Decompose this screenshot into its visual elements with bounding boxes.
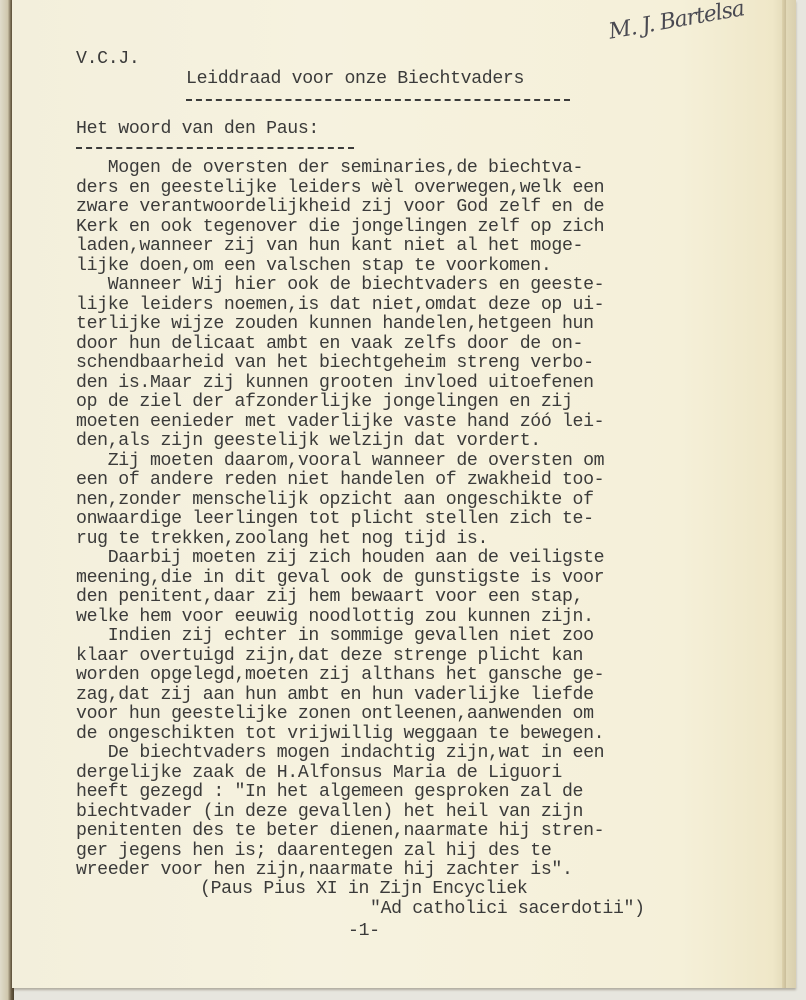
heading-underline [76,147,354,149]
page-number: -1- [348,922,380,941]
body-line: De biechtvaders mogen indachtig zijn,wat… [76,744,604,763]
body-line: terlijke wijze zouden kunnen handelen,he… [76,315,594,334]
body-line: lijke leiders noemen,is dat niet,omdat d… [76,296,604,315]
body-line: biechtvader (in deze gevallen) het heil … [76,803,583,822]
body-line: penitenten des te beter dienen,naarmate … [76,822,604,841]
body-line: zware verantwoordelijkheid zij voor God … [76,198,604,217]
body-line: worden opgelegd,moeten zij althans het g… [76,666,604,685]
body-line: welke hem voor eeuwig noodlottig zou kun… [76,608,594,627]
body-line: den is.Maar zij kunnen grooten invloed u… [76,374,594,393]
body-line: moeten eenieder met vaderlijke vaste han… [76,413,604,432]
handwritten-signature: M. J. Bartelsa [607,0,746,45]
body-line: Mogen de oversten der seminaries,de biec… [76,159,583,178]
body-line: nen,zonder menschelijk opzicht aan onges… [76,491,594,510]
scanned-page: M. J. Bartelsa V.C.J. Leiddraad voor onz… [0,0,806,1000]
body-line: rug te trekken,zoolang het nog tijd is. [76,530,488,549]
section-heading: Het woord van den Paus: [76,120,319,139]
citation-line-1: (Paus Pius XI in Zijn Encycliek [200,880,528,899]
body-line: Kerk en ook tegenover die jongelingen ze… [76,218,604,237]
title-underline [186,99,570,101]
body-line: lijke doen,om een valschen stap te voork… [76,257,551,276]
body-line: op de ziel der afzonderlijke jongelingen… [76,393,573,412]
document-title: Leiddraad voor onze Biechtvaders [186,70,524,89]
body-line: wreeder voor hen zijn,naarmate hij zacht… [76,861,573,880]
body-line: den penitent,daar zij hem bewaart voor e… [76,588,583,607]
body-line: Wanneer Wij hier ook de biechtvaders en … [76,276,604,295]
paper-sheet: M. J. Bartelsa V.C.J. Leiddraad voor onz… [12,0,796,988]
body-line: ger jegens hen is; daarentegen zal hij d… [76,842,551,861]
body-line: een of andere reden niet handelen of zwa… [76,471,604,490]
body-line: voor hun geestelijke zonen ontleenen,aan… [76,705,594,724]
body-line: zag,dat zij aan hun ambt en hun vaderlij… [76,686,594,705]
citation-line-2: "Ad catholici sacerdotii") [370,900,645,919]
body-line: schendbaarheid van het biechtgeheim stre… [76,354,594,373]
page-edge-shadow [782,0,786,988]
body-line: door hun delicaat ambt en vaak zelfs doo… [76,335,583,354]
body-line: Daarbij moeten zij zich houden aan de ve… [76,549,604,568]
body-line: dergelijke zaak de H.Alfonsus Maria de L… [76,764,562,783]
body-line: Indien zij echter in sommige gevallen ni… [76,627,594,646]
body-line: de ongeschikten tot vrijwillig weggaan t… [76,725,604,744]
body-line: onwaardige leerlingen tot plicht stellen… [76,510,594,529]
body-line: heeft gezegd : "In het algemeen gesproke… [76,783,583,802]
body-line: Zij moeten daarom,vooral wanneer de over… [76,452,604,471]
header-abbreviation: V.C.J. [76,50,139,69]
body-line: den,als zijn geestelijk welzijn dat vord… [76,432,541,451]
body-line: ders en geestelijke leiders wèl overwege… [76,179,604,198]
body-line: laden,wanneer zij van hun kant niet al h… [76,237,583,256]
body-line: meening,die in dit geval ook de gunstigs… [76,569,604,588]
body-line: klaar overtuigd zijn,dat deze strenge pl… [76,647,583,666]
